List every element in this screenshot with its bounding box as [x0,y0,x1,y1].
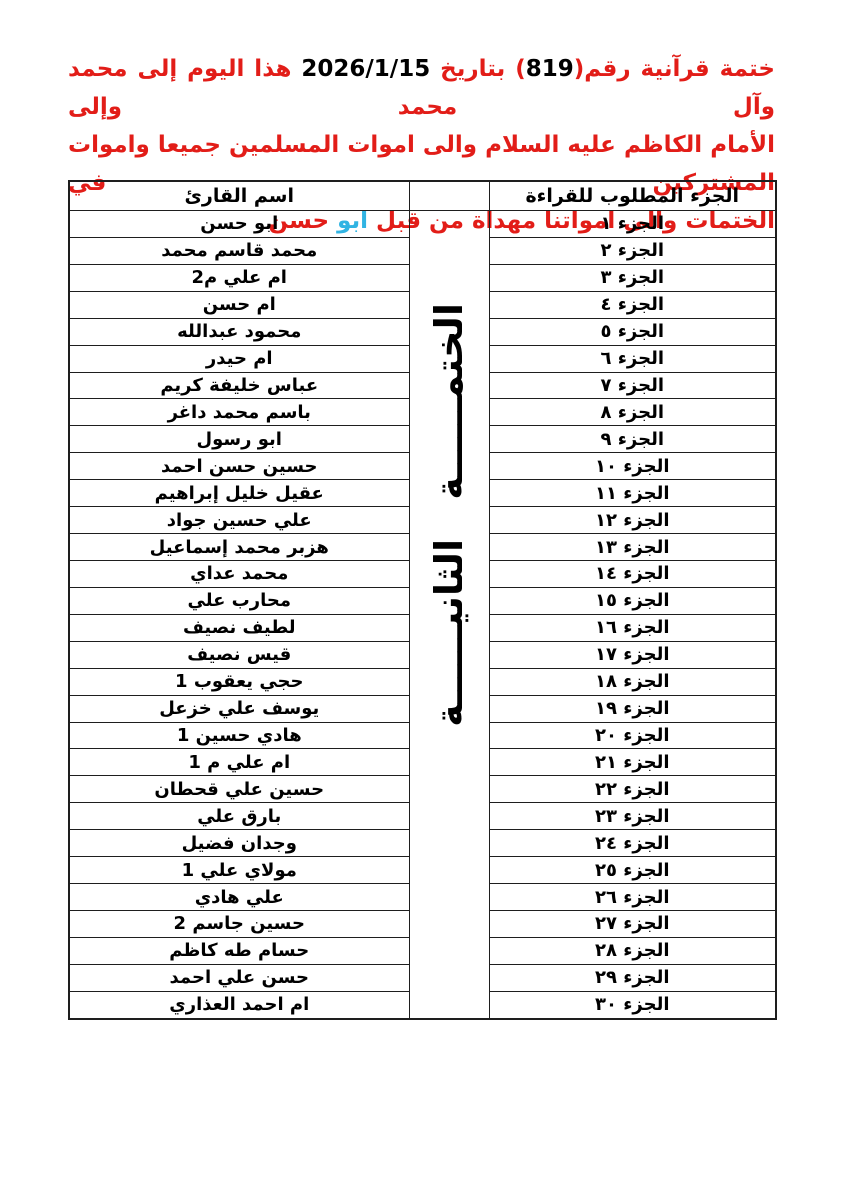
title-line-1: ختمة قرآنية رقم(819) بتاريخ 2026/1/15 هذ… [68,50,775,126]
part-cell: الجزء ١٦ [489,614,776,641]
khatma-date: 2026/1/15 [301,56,430,82]
reader-name-cell: محمد عداي [69,560,409,587]
header-khatma-column [409,181,489,211]
reader-name-cell: ابو حسن [69,211,409,238]
reader-name-cell: ام علي م2 [69,264,409,291]
reader-name-cell: محمد قاسم محمد [69,237,409,264]
reader-name-cell: مولاي علي 1 [69,857,409,884]
khatma-label-cell: الختمــــــة الثانيــــــة [409,211,489,1020]
reader-name-cell: باسم محمد داغر [69,399,409,426]
part-cell: الجزء ٣٠ [489,991,776,1019]
reader-name-cell: لطيف نصيف [69,614,409,641]
part-cell: الجزء ١١ [489,480,776,507]
reader-name-cell: حجي يعقوب 1 [69,668,409,695]
part-cell: الجزء ١٢ [489,507,776,534]
khatma-table: الجزء المطلوب للقراءة اسم القارئ الجزء ١… [68,180,777,1020]
part-cell: الجزء ١٨ [489,668,776,695]
reader-name-cell: قيس نصيف [69,641,409,668]
part-cell: الجزء ٦ [489,345,776,372]
header-part-column: الجزء المطلوب للقراءة [489,181,776,211]
part-cell: الجزء ٢٥ [489,857,776,884]
reader-name-cell: علي حسين جواد [69,507,409,534]
reader-name-cell: ام حيدر [69,345,409,372]
part-cell: الجزء ٢٨ [489,937,776,964]
part-cell: الجزء ١ [489,211,776,238]
part-cell: الجزء ١٥ [489,587,776,614]
document-page: ختمة قرآنية رقم(819) بتاريخ 2026/1/15 هذ… [0,0,843,1192]
reader-name-cell: عباس خليفة كريم [69,372,409,399]
header-reader-column: اسم القارئ [69,181,409,211]
reader-name-cell: حسين حسن احمد [69,453,409,480]
part-cell: الجزء ٢٤ [489,830,776,857]
reader-name-cell: محارب علي [69,587,409,614]
part-cell: الجزء ١٣ [489,534,776,561]
reader-name-cell: محمود عبدالله [69,318,409,345]
reader-name-cell: حسام طه كاظم [69,937,409,964]
reader-name-cell: حسن علي احمد [69,964,409,991]
part-cell: الجزء ٥ [489,318,776,345]
part-cell: الجزء ٢٠ [489,722,776,749]
part-cell: الجزء ٢٩ [489,964,776,991]
part-cell: الجزء ٢٧ [489,910,776,937]
part-cell: الجزء ٢٢ [489,776,776,803]
part-cell: الجزء ٨ [489,399,776,426]
reader-name-cell: وجدان فضيل [69,830,409,857]
reader-name-cell: بارق علي [69,803,409,830]
title-mid: ) بتاريخ [430,56,526,82]
reader-name-cell: حسين علي قحطان [69,776,409,803]
part-cell: الجزء ١٩ [489,695,776,722]
part-cell: الجزء ٢٣ [489,803,776,830]
khatma-number: 819 [526,56,574,82]
reader-name-cell: هزبر محمد إسماعيل [69,534,409,561]
part-cell: الجزء ١٧ [489,641,776,668]
part-cell: الجزء ٤ [489,291,776,318]
part-cell: الجزء ٣ [489,264,776,291]
reader-name-cell: هادي حسين 1 [69,722,409,749]
reader-name-cell: يوسف علي خزعل [69,695,409,722]
reader-name-cell: ام علي م 1 [69,749,409,776]
part-cell: الجزء ٢ [489,237,776,264]
reader-name-cell: علي هادي [69,884,409,911]
khatma-vertical-label: الختمــــــة الثانيــــــة [427,303,471,727]
table-body: الجزء ١الختمــــــة الثانيــــــةابو حسن… [69,211,776,1020]
reader-name-cell: عقيل خليل إبراهيم [69,480,409,507]
table-row: الجزء ١الختمــــــة الثانيــــــةابو حسن [69,211,776,238]
part-cell: الجزء ٧ [489,372,776,399]
part-cell: الجزء ٢٦ [489,884,776,911]
reader-name-cell: حسين جاسم 2 [69,910,409,937]
part-cell: الجزء ١٤ [489,560,776,587]
reader-name-cell: ام حسن [69,291,409,318]
part-cell: الجزء ٢١ [489,749,776,776]
part-cell: الجزء ٩ [489,426,776,453]
title-prefix: ختمة قرآنية رقم( [574,56,775,82]
part-cell: الجزء ١٠ [489,453,776,480]
reader-name-cell: ام احمد العذاري [69,991,409,1019]
table-header-row: الجزء المطلوب للقراءة اسم القارئ [69,181,776,211]
reader-name-cell: ابو رسول [69,426,409,453]
